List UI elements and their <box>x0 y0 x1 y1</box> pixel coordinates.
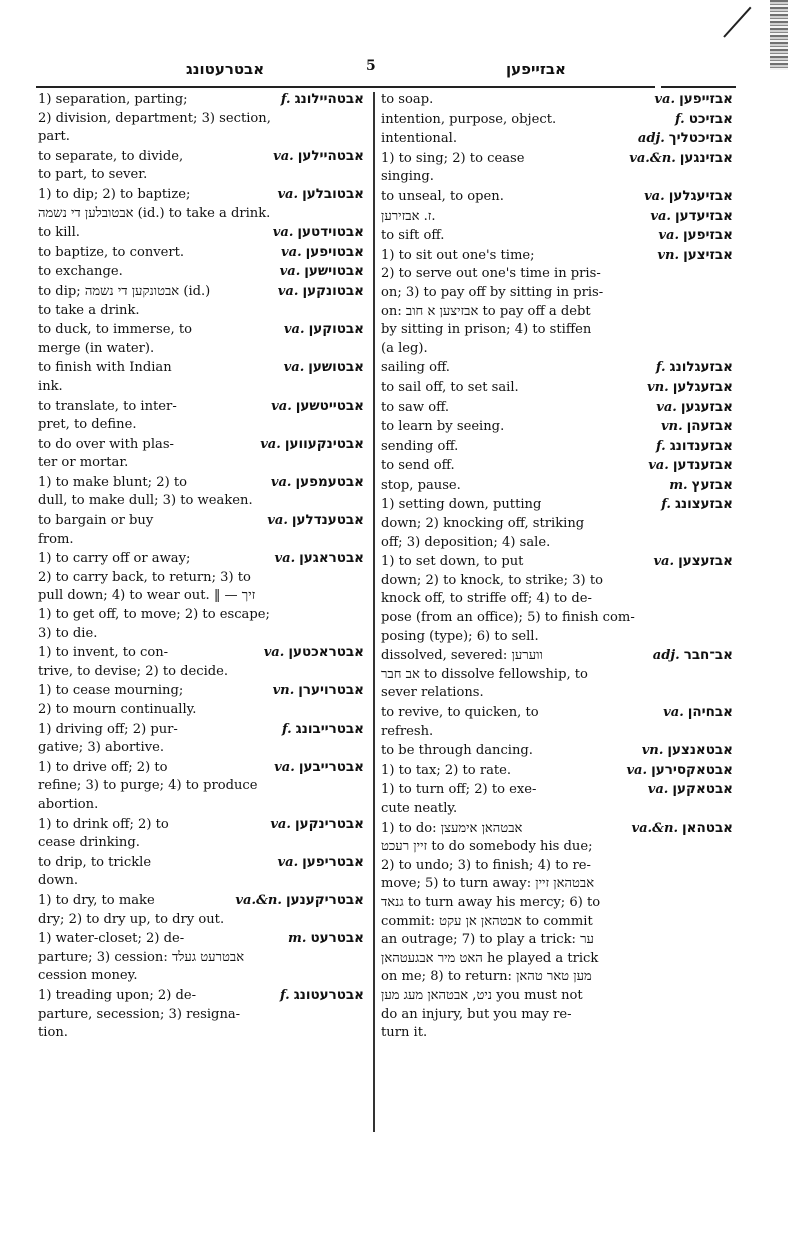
entry-definition: 1) to sit out one's time; <box>381 247 651 266</box>
column-divider <box>373 92 375 1132</box>
left-column: 1) separation, parting;f.אבטהיילונג2) di… <box>38 90 364 1043</box>
part-of-speech: f. <box>675 111 685 130</box>
part-of-speech: va. <box>648 457 669 476</box>
dictionary-entry: to be through dancing.vn.אבטאנצען <box>381 741 733 761</box>
part-of-speech: m. <box>669 477 687 496</box>
headword: אבטוישען <box>304 262 364 281</box>
headword: אבחיהן <box>688 703 733 722</box>
dictionary-entry: 1) to sit out one's time;vn.אבזיצען2) to… <box>381 246 733 359</box>
part-of-speech: va. <box>644 188 665 207</box>
entry-first-line: 1) to turn off; 2) to exe-va.אבטאקען <box>381 780 733 800</box>
headword: אבטענדלען <box>292 511 364 530</box>
part-of-speech: va. <box>284 321 305 340</box>
part-of-speech: f. <box>281 91 291 110</box>
entry-continuation: merge (in water). <box>38 340 364 359</box>
dictionary-entry: to exchange.va.אבטוישען <box>38 262 364 282</box>
part-of-speech: vn. <box>647 379 669 398</box>
dictionary-entry: to baptize, to convert.va.אבטויפען <box>38 243 364 263</box>
entry-first-line: intention, purpose, object.f.אבזיכט <box>381 110 733 130</box>
dictionary-entry: 1) setting down, puttingf.אבזעצונגdown; … <box>381 495 733 552</box>
part-of-speech: va.&n. <box>629 150 676 169</box>
entry-first-line: 1) to drive off; 2) tova.אבטרייבען <box>38 758 364 778</box>
entry-definition: to translate, to inter- <box>38 398 265 417</box>
entry-continuation: pose (from an office); 5) to finish com- <box>381 609 733 628</box>
dictionary-entry: 1) to tax; 2) to rate.va.אבטאקסירען <box>381 761 733 781</box>
entry-definition: 1) driving off; 2) pur- <box>38 721 276 740</box>
headword: אבזייפען <box>679 90 733 109</box>
part-of-speech: va. <box>278 283 299 302</box>
entry-first-line: to duck, to immerse, tova.אבטוקען <box>38 320 364 340</box>
headword: אבזעץ <box>692 476 733 495</box>
headword: אבטעמפען <box>296 473 365 492</box>
entry-continuation: זיין רעכט to do somebody his due; <box>381 838 733 857</box>
dictionary-entry: sending off.f.אבזענדונג <box>381 437 733 457</box>
headword: אבזעגלען <box>673 378 733 397</box>
part-of-speech: va. <box>648 781 669 800</box>
entry-definition: to send off. <box>381 457 642 476</box>
headword: אבטהיילונג <box>295 90 364 109</box>
dictionary-entry: 1) to dip; 2) to baptize;va.אבטובלעןאבטו… <box>38 185 364 223</box>
entry-definition: 1) to carry off or away; <box>38 550 269 569</box>
entry-continuation: an outrage; 7) to play a trick: ער <box>381 931 733 950</box>
dictionary-entry: dissolved, severed: ווערעןadj.אב־חבראב ח… <box>381 646 733 703</box>
headword: אבטייטשען <box>296 397 364 416</box>
headword: אבזעצען <box>678 552 733 571</box>
page-header: אבטרעטונג 5 אבזייפען <box>36 58 736 82</box>
entry-definition: 1) to cease mourning; <box>38 682 267 701</box>
entry-continuation: do an injury, but you may re- <box>381 1006 733 1025</box>
entry-continuation: commit: אבטהאן אן עקט to commit <box>381 913 733 932</box>
entry-first-line: to sail off, to set sail.vn.אבזעגלען <box>381 378 733 398</box>
entry-continuation: ניט, אבטהאן מעג מען you must not <box>381 987 733 1006</box>
headword: אבטרויערן <box>298 681 364 700</box>
part-of-speech: vn. <box>273 682 295 701</box>
entry-continuation: 2) division, department; 3) section, <box>38 110 364 129</box>
entry-continuation: pret, to define. <box>38 416 364 435</box>
headword: אבטושען <box>308 358 364 377</box>
dictionary-entry: to bargain or buyva.אבטענדלעןfrom. <box>38 511 364 549</box>
part-of-speech: va.&n. <box>631 820 678 839</box>
headword: אבזיכט <box>689 110 733 129</box>
dictionary-entry: 1) separation, parting;f.אבטהיילונג2) di… <box>38 90 364 147</box>
entry-definition: 1) to turn off; 2) to exe- <box>381 781 642 800</box>
dictionary-entry: to finish with Indianva.אבטושעןink. <box>38 358 364 396</box>
headword: אבטראכטען <box>288 643 364 662</box>
entry-continuation: down; 2) knocking off, striking <box>381 515 733 534</box>
scan-artifact-stroke <box>723 7 751 38</box>
part-of-speech: vn. <box>642 742 664 761</box>
entry-continuation: singing. <box>381 168 733 187</box>
dictionary-entry: 1) to dry, to makeva.&n.אבטריקענעןdry; 2… <box>38 891 364 929</box>
entry-definition: dissolved, severed: ווערען <box>381 647 647 666</box>
headword: אבטרעט <box>310 929 364 948</box>
dictionary-entry: to sift off.va.אבזיפען <box>381 226 733 246</box>
entry-continuation: on: אבזיצען א חוב to pay off a debt <box>381 303 733 322</box>
dictionary-entry: 1) to turn off; 2) to exe-va.אבטאקעןcute… <box>381 780 733 818</box>
part-of-speech: va. <box>281 244 302 263</box>
dictionary-entry: 1) driving off; 2) pur-f.אבטרייבונגgativ… <box>38 720 364 758</box>
entry-continuation: on me; 8) to return: מען טאר טהאן <box>381 968 733 987</box>
part-of-speech: f. <box>280 987 290 1006</box>
entry-continuation: to take a drink. <box>38 302 364 321</box>
entry-first-line: intentional.adj.אבזיכטליך <box>381 129 733 149</box>
dictionary-entry: to duck, to immerse, tova.אבטוקעןmerge (… <box>38 320 364 358</box>
entry-definition: 1) treading upon; 2) de- <box>38 987 274 1006</box>
headword: אבזינגען <box>680 149 733 168</box>
entry-continuation: parture, secession; 3) resigna- <box>38 1006 364 1025</box>
part-of-speech: va. <box>284 359 305 378</box>
entry-continuation: abortion. <box>38 796 364 815</box>
part-of-speech: va. <box>275 550 296 569</box>
headword: אבטובלען <box>302 185 364 204</box>
dictionary-entry: to soap.va.אבזייפען <box>381 90 733 110</box>
dictionary-entry: to revive, to quicken, tova.אבחיהןrefres… <box>381 703 733 741</box>
dictionary-entry: to learn by seeing.vn.אבזעהן <box>381 417 733 437</box>
dictionary-entry: to dip; אבטונקען די נשמה (id.)va.אבטונקע… <box>38 282 364 320</box>
entry-continuation: refine; 3) to purge; 4) to produce <box>38 777 364 796</box>
headword: אבזיצען <box>683 246 733 265</box>
entry-definition: 1) to tax; 2) to rate. <box>381 762 620 781</box>
right-column: to soap.va.אבזייפעןintention, purpose, o… <box>381 90 733 1043</box>
entry-continuation: גנאד to turn away his mercy; 6) to <box>381 894 733 913</box>
entry-first-line: 1) to tax; 2) to rate.va.אבטאקסירען <box>381 761 733 781</box>
dictionary-entry: sailing off.f.אבזעגלונג <box>381 358 733 378</box>
entry-first-line: to saw off.va.אבזעגען <box>381 398 733 418</box>
part-of-speech: adj. <box>653 647 680 666</box>
entry-continuation: from. <box>38 531 364 550</box>
part-of-speech: va. <box>656 399 677 418</box>
part-of-speech: va. <box>626 762 647 781</box>
headword: אבטרייבונג <box>296 720 364 739</box>
entry-definition: 1) water-closet; 2) de- <box>38 930 282 949</box>
entry-first-line: to send off.va.אבזענדען <box>381 456 733 476</box>
entry-first-line: to bargain or buyva.אבטענדלען <box>38 511 364 531</box>
entry-first-line: sailing off.f.אבזעגלונג <box>381 358 733 378</box>
entry-definition: to finish with Indian <box>38 359 278 378</box>
entry-first-line: 1) to sit out one's time;vn.אבזיצען <box>381 246 733 266</box>
entry-continuation: turn it. <box>381 1024 733 1043</box>
part-of-speech: va. <box>650 208 671 227</box>
entry-first-line: to soap.va.אבזייפען <box>381 90 733 110</box>
dictionary-entry: to saw off.va.אבזעגען <box>381 398 733 418</box>
entry-definition: intention, purpose, object. <box>381 111 669 130</box>
entry-continuation: dull, to make dull; 3) to weaken. <box>38 492 364 511</box>
dictionary-entry: to separate, to divide,va.אבטהיילעןto pa… <box>38 147 364 185</box>
headword: אבטריפען <box>302 853 364 872</box>
entry-continuation: tion. <box>38 1024 364 1043</box>
page-number: 5 <box>366 58 376 74</box>
entry-first-line: 1) to carry off or away;va.אבטראגען <box>38 549 364 569</box>
entry-continuation: cease drinking. <box>38 834 364 853</box>
part-of-speech: va. <box>658 227 679 246</box>
entry-first-line: 1) to cease mourning;vn.אבטרויערן <box>38 681 364 701</box>
entry-continuation: sever relations. <box>381 684 733 703</box>
part-of-speech: va. <box>260 436 281 455</box>
part-of-speech: adj. <box>638 130 665 149</box>
entry-first-line: to sift off.va.אבזיפען <box>381 226 733 246</box>
scan-artifact-edge <box>770 0 788 70</box>
headword: אבטינקעווען <box>285 435 364 454</box>
dictionary-entry: to send off.va.אבזענדען <box>381 456 733 476</box>
entry-continuation: cute neatly. <box>381 800 733 819</box>
headword: אבטהיילען <box>298 147 364 166</box>
entry-first-line: 1) to dry, to makeva.&n.אבטריקענען <box>38 891 364 911</box>
entry-definition: 1) to invent, to con- <box>38 644 258 663</box>
dictionary-entry: ז. אבזירען.va.אבזיעדען <box>381 207 733 227</box>
entry-definition: stop, pause. <box>381 477 663 496</box>
entry-definition: 1) setting down, putting <box>381 496 655 515</box>
dictionary-entry: 1) to set down, to putva.אבזעצעןdown; 2)… <box>381 552 733 646</box>
entry-continuation: off; 3) deposition; 4) sale. <box>381 534 733 553</box>
dictionary-entry: 1) to do: אבטהאן אימעצןva.&n.אבטהאןזיין … <box>381 819 733 1043</box>
headword: אבזעגען <box>681 398 733 417</box>
part-of-speech: va. <box>271 474 292 493</box>
dictionary-entry: intention, purpose, object.f.אבזיכט <box>381 110 733 130</box>
entry-first-line: 1) treading upon; 2) de-f.אבטרעטונג <box>38 986 364 1006</box>
entry-continuation: down. <box>38 872 364 891</box>
entry-first-line: to separate, to divide,va.אבטהיילען <box>38 147 364 167</box>
part-of-speech: m. <box>288 930 306 949</box>
headword: אבטונקען <box>302 282 364 301</box>
dictionary-entry: to unseal, to open.va.אבזיעגלען <box>381 187 733 207</box>
entry-continuation: down; 2) to knock, to strike; 3) to <box>381 572 733 591</box>
entry-continuation: אבטובלען די נשמה (id.) to take a drink. <box>38 205 364 224</box>
dictionary-entry: stop, pause.m.אבזעץ <box>381 476 733 496</box>
entry-definition: to do over with plas- <box>38 436 254 455</box>
entry-continuation: by sitting in prison; 4) to stiffen <box>381 321 733 340</box>
part-of-speech: va. <box>663 704 684 723</box>
dictionary-entry: to drip, to trickleva.אבטריפעןdown. <box>38 853 364 891</box>
entry-definition: to baptize, to convert. <box>38 244 275 263</box>
part-of-speech: va. <box>654 91 675 110</box>
entry-definition: intentional. <box>381 130 632 149</box>
entry-continuation: 2) to undo; 3) to finish; 4) to re- <box>381 857 733 876</box>
entry-first-line: 1) to invent, to con-va.אבטראכטען <box>38 643 364 663</box>
entry-continuation: part. <box>38 128 364 147</box>
entry-definition: 1) to drive off; 2) to <box>38 759 268 778</box>
entry-continuation: refresh. <box>381 723 733 742</box>
part-of-speech: va. <box>267 512 288 531</box>
headword: אבטוקען <box>309 320 364 339</box>
entry-first-line: stop, pause.m.אבזעץ <box>381 476 733 496</box>
entry-first-line: 1) separation, parting;f.אבטהיילונג <box>38 90 364 110</box>
entry-continuation: 3) to die. <box>38 625 364 644</box>
entry-definition: to unseal, to open. <box>381 188 638 207</box>
entry-continuation: ink. <box>38 378 364 397</box>
part-of-speech: f. <box>656 359 666 378</box>
entry-continuation: האט מיר אבגעטהאן he played a trick <box>381 950 733 969</box>
headword: אבטרייבען <box>299 758 364 777</box>
entry-continuation: אב חבר to dissolve fellowship, to <box>381 666 733 685</box>
part-of-speech: va. <box>653 553 674 572</box>
headword: אבזענדען <box>673 456 733 475</box>
headword: אב־חבר <box>684 646 733 665</box>
entry-first-line: to kill.va.אבטוידטען <box>38 223 364 243</box>
entry-first-line: to do over with plas-va.אבטינקעווען <box>38 435 364 455</box>
headword: אבטוידטען <box>297 223 364 242</box>
headword: אבטהאן <box>682 819 733 838</box>
entry-first-line: 1) to sing; 2) to ceaseva.&n.אבזינגען <box>381 149 733 169</box>
entry-definition: to kill. <box>38 224 267 243</box>
entry-definition: to separate, to divide, <box>38 148 267 167</box>
headword: אבזיפען <box>683 226 733 245</box>
part-of-speech: f. <box>661 496 671 515</box>
entry-continuation: 1) to get off, to move; 2) to escape; <box>38 606 364 625</box>
headword: אבזיעדען <box>675 207 733 226</box>
headword: אבטויפען <box>306 243 364 262</box>
entry-first-line: to dip; אבטונקען די נשמה (id.)va.אבטונקע… <box>38 282 364 302</box>
entry-definition: 1) to dry, to make <box>38 892 229 911</box>
entry-first-line: to exchange.va.אבטוישען <box>38 262 364 282</box>
entry-first-line: to unseal, to open.va.אבזיעגלען <box>381 187 733 207</box>
headword: אבטרינקען <box>295 815 364 834</box>
entry-definition: sailing off. <box>381 359 650 378</box>
entry-continuation: trive, to devise; 2) to decide. <box>38 663 364 682</box>
entry-definition: ז. אבזירען. <box>381 208 644 227</box>
rule-gap <box>655 85 661 89</box>
part-of-speech: va. <box>273 224 294 243</box>
part-of-speech: va. <box>277 186 298 205</box>
dictionary-entry: 1) treading upon; 2) de-f.אבטרעטונגpartu… <box>38 986 364 1043</box>
dictionary-entry: 1) to make blunt; 2) tova.אבטעמפעןdull, … <box>38 473 364 511</box>
dictionary-entry: to sail off, to set sail.vn.אבזעגלען <box>381 378 733 398</box>
entry-definition: to bargain or buy <box>38 512 261 531</box>
headword: אבזיעגלען <box>669 187 733 206</box>
entry-continuation: pull down; 4) to wear out. ‖ — זיך <box>38 587 364 606</box>
entry-first-line: dissolved, severed: ווערעןadj.אב־חבר <box>381 646 733 666</box>
dictionary-entry: to do over with plas-va.אבטינקעוועןter o… <box>38 435 364 473</box>
entry-definition: to duck, to immerse, to <box>38 321 278 340</box>
entry-definition: 1) to sing; 2) to cease <box>381 150 623 169</box>
entry-definition: to soap. <box>381 91 648 110</box>
entry-continuation: posing (type); 6) to sell. <box>381 628 733 647</box>
part-of-speech: vn. <box>657 247 679 266</box>
entry-continuation: cession money. <box>38 967 364 986</box>
entry-definition: 1) separation, parting; <box>38 91 275 110</box>
part-of-speech: vn. <box>661 418 683 437</box>
entry-continuation: on; 3) to pay off by sitting in pris- <box>381 284 733 303</box>
headword: אבטאקסירען <box>651 761 733 780</box>
entry-continuation: knock off, to striffe off; 4) to de- <box>381 590 733 609</box>
entry-continuation: to part, to sever. <box>38 166 364 185</box>
part-of-speech: va. <box>264 644 285 663</box>
entry-first-line: to learn by seeing.vn.אבזעהן <box>381 417 733 437</box>
headword: אבזענדונג <box>670 437 733 456</box>
entry-first-line: 1) to drink off; 2) tova.אבטרינקען <box>38 815 364 835</box>
dictionary-entry: 1) water-closet; 2) de-m.אבטרעטparture; … <box>38 929 364 986</box>
entry-first-line: to drip, to trickleva.אבטריפען <box>38 853 364 873</box>
header-rule <box>36 86 736 88</box>
entry-definition: sending off. <box>381 438 650 457</box>
entry-continuation: gative; 3) abortive. <box>38 739 364 758</box>
dictionary-entry: to translate, to inter-va.אבטייטשעןpret,… <box>38 397 364 435</box>
dictionary-entry: 1) to drink off; 2) tova.אבטרינקעןcease … <box>38 815 364 853</box>
entry-first-line: 1) to set down, to putva.אבזעצען <box>381 552 733 572</box>
guide-word-left: אבטרעטונג <box>186 60 264 78</box>
dictionary-entry: 1) to carry off or away;va.אבטראגען2) to… <box>38 549 364 643</box>
entry-first-line: ז. אבזירען.va.אבזיעדען <box>381 207 733 227</box>
entry-definition: to learn by seeing. <box>381 418 655 437</box>
entry-first-line: 1) water-closet; 2) de-m.אבטרעט <box>38 929 364 949</box>
part-of-speech: va.&n. <box>235 892 282 911</box>
entry-continuation: 2) to carry back, to return; 3) to <box>38 569 364 588</box>
part-of-speech: va. <box>274 759 295 778</box>
headword: אבזיכטליך <box>669 129 733 148</box>
entry-definition: to saw off. <box>381 399 650 418</box>
entry-first-line: to baptize, to convert.va.אבטויפען <box>38 243 364 263</box>
part-of-speech: va. <box>271 398 292 417</box>
entry-definition: 1) to set down, to put <box>381 553 647 572</box>
headword: אבטאקען <box>672 780 733 799</box>
entry-first-line: to translate, to inter-va.אבטייטשען <box>38 397 364 417</box>
entry-definition: to exchange. <box>38 263 274 282</box>
part-of-speech: f. <box>282 721 292 740</box>
entry-definition: to revive, to quicken, to <box>381 704 657 723</box>
part-of-speech: va. <box>280 263 301 282</box>
entry-first-line: 1) to dip; 2) to baptize;va.אבטובלען <box>38 185 364 205</box>
dictionary-entry: intentional.adj.אבזיכטליך <box>381 129 733 149</box>
entry-first-line: 1) driving off; 2) pur-f.אבטרייבונג <box>38 720 364 740</box>
headword: אבטריקענען <box>286 891 364 910</box>
dictionary-entry: 1) to cease mourning;vn.אבטרויערן2) to m… <box>38 681 364 719</box>
headword: אבטאנצען <box>667 741 733 760</box>
headword: אבטרעטונג <box>294 986 364 1005</box>
entry-definition: to sail off, to set sail. <box>381 379 641 398</box>
part-of-speech: f. <box>656 438 666 457</box>
part-of-speech: va. <box>273 148 294 167</box>
entry-continuation: 2) to mourn continually. <box>38 701 364 720</box>
entry-first-line: 1) to make blunt; 2) tova.אבטעמפען <box>38 473 364 493</box>
entry-definition: 1) to drink off; 2) to <box>38 816 264 835</box>
dictionary-entry: 1) to drive off; 2) tova.אבטרייבעןrefine… <box>38 758 364 815</box>
headword: אבזעגלונג <box>670 358 733 377</box>
entry-continuation: ter or mortar. <box>38 454 364 473</box>
entry-first-line: to revive, to quicken, tova.אבחיהן <box>381 703 733 723</box>
headword: אבטראגען <box>299 549 364 568</box>
entry-continuation: 2) to serve out one's time in pris- <box>381 265 733 284</box>
guide-word-right: אבזייפען <box>506 60 566 78</box>
entry-first-line: 1) setting down, puttingf.אבזעצונג <box>381 495 733 515</box>
part-of-speech: va. <box>278 854 299 873</box>
entry-definition: 1) to dip; 2) to baptize; <box>38 186 271 205</box>
entry-continuation: (a leg). <box>381 340 733 359</box>
entry-definition: 1) to do: אבטהאן אימעצן <box>381 820 625 839</box>
entry-continuation: parture; 3) cession: אבטרעט געלד <box>38 949 364 968</box>
dictionary-entry: 1) to sing; 2) to ceaseva.&n.אבזינגעןsin… <box>381 149 733 187</box>
entry-definition: 1) to make blunt; 2) to <box>38 474 265 493</box>
entry-definition: to sift off. <box>381 227 652 246</box>
part-of-speech: va. <box>270 816 291 835</box>
entry-continuation: move; 5) to turn away: אבטהאן זיין <box>381 875 733 894</box>
entry-first-line: to finish with Indianva.אבטושען <box>38 358 364 378</box>
entry-continuation: dry; 2) to dry up, to dry out. <box>38 911 364 930</box>
dictionary-entry: to kill.va.אבטוידטען <box>38 223 364 243</box>
entry-first-line: 1) to do: אבטהאן אימעצןva.&n.אבטהאן <box>381 819 733 839</box>
entry-definition: to be through dancing. <box>381 742 636 761</box>
entry-first-line: to be through dancing.vn.אבטאנצען <box>381 741 733 761</box>
headword: אבזעצונג <box>675 495 733 514</box>
dictionary-entry: 1) to invent, to con-va.אבטראכטעןtrive, … <box>38 643 364 681</box>
headword: אבזעהן <box>687 417 733 436</box>
entry-definition: to drip, to trickle <box>38 854 272 873</box>
entry-first-line: sending off.f.אבזענדונג <box>381 437 733 457</box>
entry-definition: to dip; אבטונקען די נשמה (id.) <box>38 283 272 302</box>
